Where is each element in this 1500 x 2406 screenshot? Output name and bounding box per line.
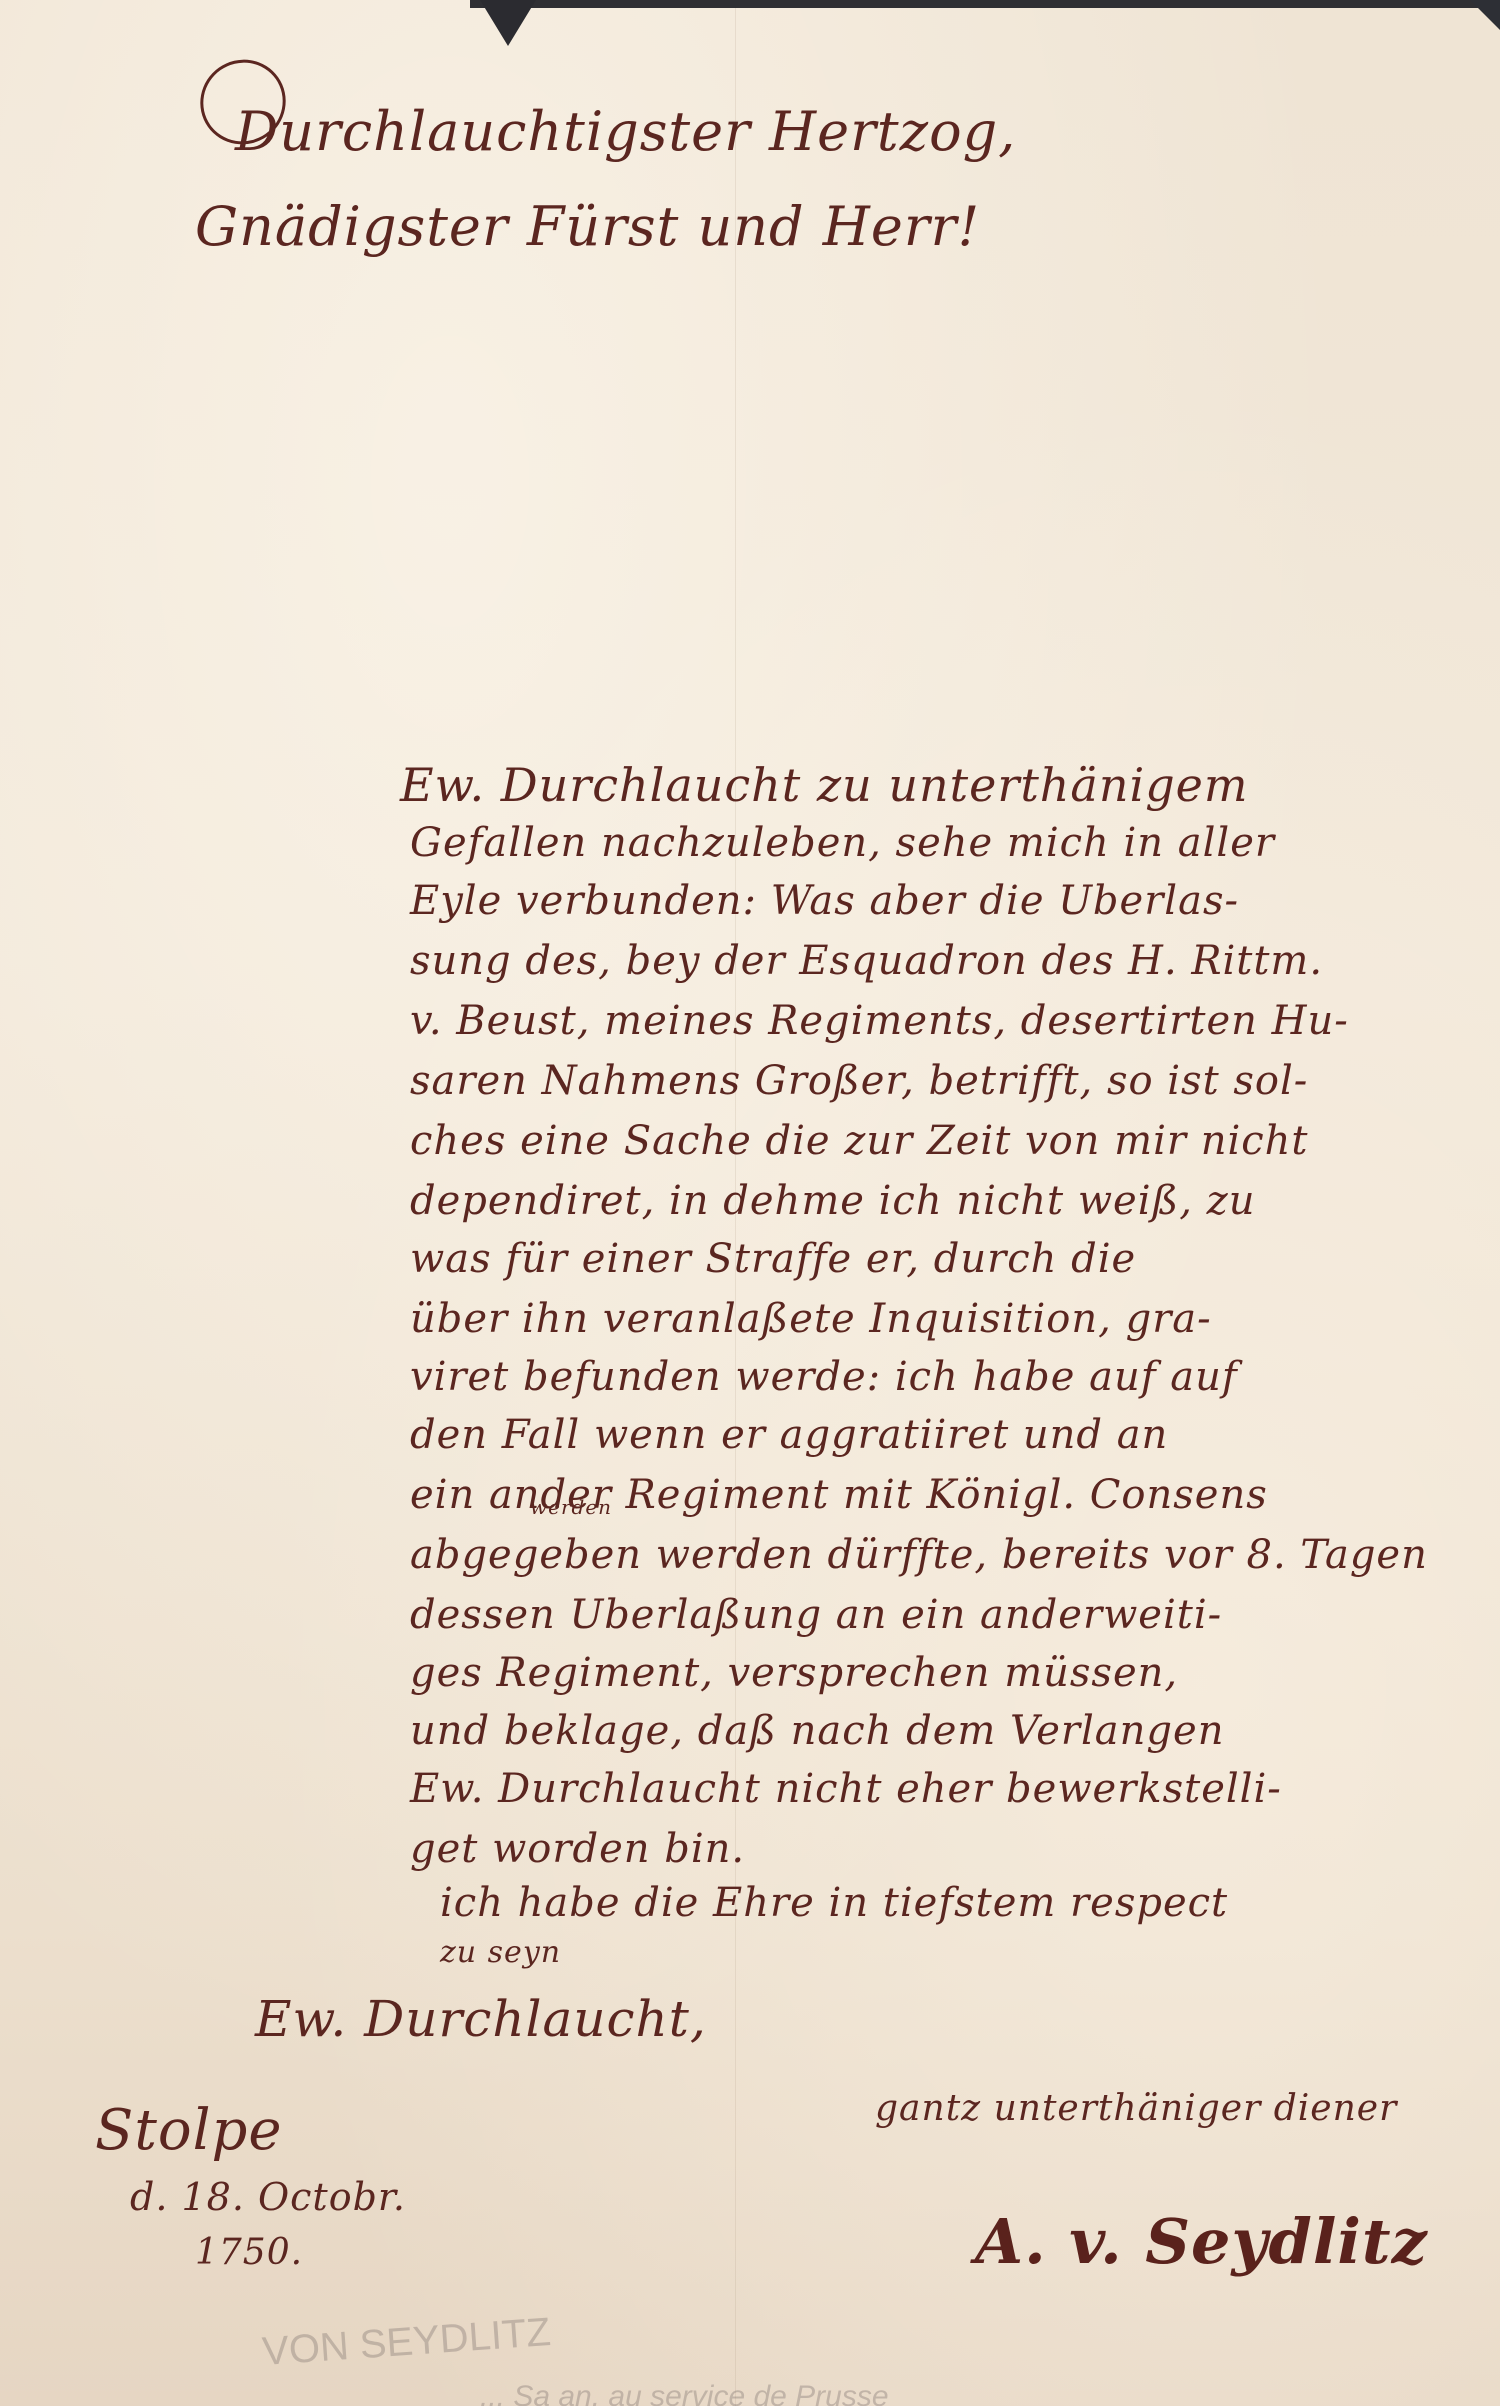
body-line: Ew. Durchlaucht zu unterthänigem — [400, 758, 1248, 812]
salutation-line-1: Durchlauchtigster Hertzog, — [235, 100, 1016, 163]
body-line: zu seyn — [440, 1935, 561, 1970]
pencil-note-bottom: ... Sa an. au service de Prusse — [480, 2380, 889, 2406]
dateline-day: d. 18. Octobr. — [130, 2175, 406, 2219]
body-line: ges Regiment, versprechen müssen, — [410, 1650, 1178, 1696]
letter-page: Durchlauchtigster Hertzog, Gnädigster Fü… — [0, 0, 1500, 2406]
body-line: dependiret, in dehme ich nicht weiß, zu — [410, 1178, 1256, 1224]
salutation-line-2: Gnädigster Fürst und Herr! — [195, 195, 980, 258]
body-line: saren Nahmens Großer, betrifft, so ist s… — [410, 1058, 1308, 1104]
closing-servant-line: gantz unterthäniger diener — [875, 2088, 1397, 2129]
body-line: get worden bin. — [410, 1826, 745, 1872]
signature: A. v. Seydlitz — [975, 2205, 1428, 2278]
body-line: was für einer Straffe er, durch die — [410, 1236, 1136, 1282]
body-line: ches eine Sache die zur Zeit von mir nic… — [410, 1118, 1309, 1164]
body-line: Eyle verbunden: Was aber die Uberlas- — [410, 878, 1239, 924]
body-line: über ihn veranlaßete Inquisition, gra- — [410, 1296, 1212, 1342]
body-line: ich habe die Ehre in tiefstem respect — [440, 1880, 1228, 1926]
body-line: Ew. Durchlaucht nicht eher bewerkstelli- — [410, 1766, 1282, 1812]
dateline-year: 1750. — [195, 2232, 303, 2273]
pencil-note-name: VON SEYDLITZ — [261, 2310, 552, 2375]
body-line: dessen Uberlaßung an ein anderweiti- — [410, 1592, 1222, 1638]
closing-address: Ew. Durchlaucht, — [255, 1990, 707, 2048]
body-line: sung des, bey der Esquadron des H. Rittm… — [410, 938, 1323, 984]
body-line: v. Beust, meines Regiments, desertirten … — [410, 998, 1349, 1044]
body-line: und beklage, daß nach dem Verlangen — [410, 1708, 1224, 1754]
interlinear-insertion: werden — [530, 1495, 612, 1519]
body-line: viret befunden werde: ich habe auf auf — [410, 1354, 1238, 1400]
torn-top-edge — [470, 0, 1500, 8]
dateline-place: Stolpe — [95, 2098, 282, 2163]
torn-notch — [480, 0, 536, 46]
body-line: abgegeben werden dürffte, bereits vor 8.… — [410, 1532, 1428, 1578]
body-line: Gefallen nachzuleben, sehe mich in aller — [410, 820, 1275, 866]
body-line: den Fall wenn er aggratiiret und an — [410, 1412, 1168, 1458]
torn-corner — [1470, 0, 1500, 30]
